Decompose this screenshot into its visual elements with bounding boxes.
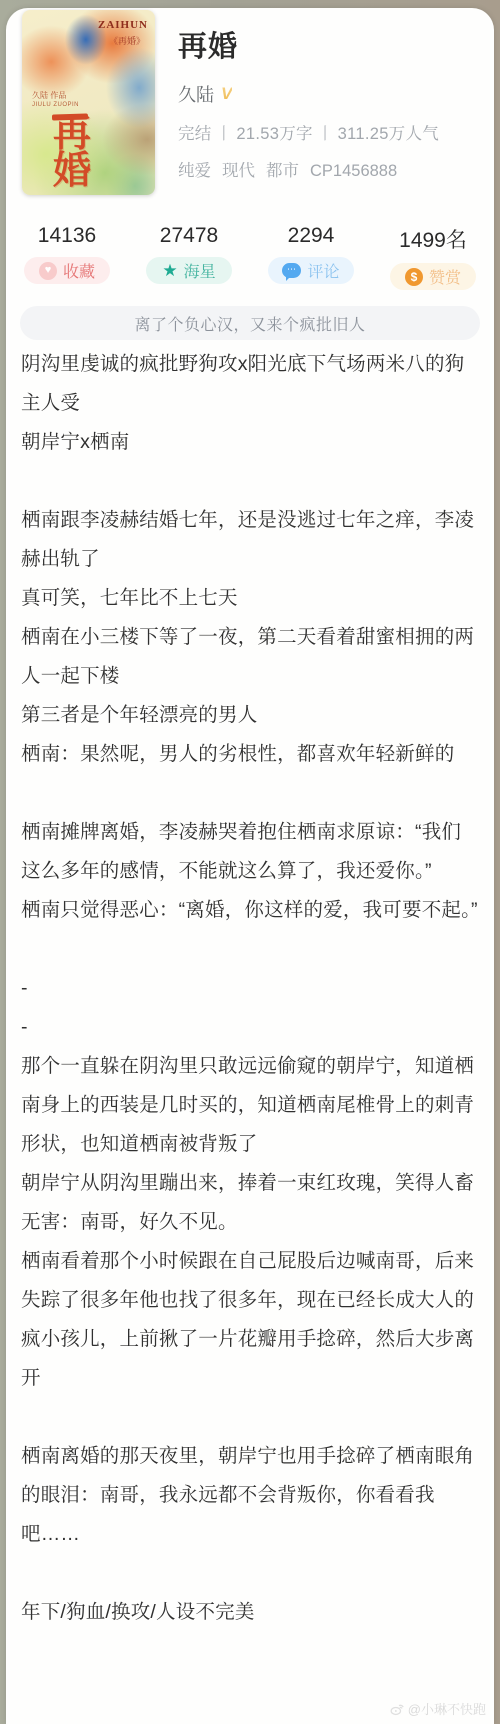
comments-label: 评论 — [307, 259, 339, 282]
description-blank-line — [21, 462, 479, 501]
stat-starfish: 27478 ★ 海星 — [128, 224, 250, 290]
description-blank-line — [21, 774, 479, 813]
cover-author-line: 久陆 作品 — [32, 90, 66, 101]
description-paragraph: 真可笑，七年比不上七天 — [21, 579, 479, 618]
popularity-count: 311.25万人气 — [338, 125, 439, 143]
verified-author-icon: V — [221, 84, 232, 104]
description-paragraph: - — [21, 969, 479, 1008]
description-paragraph: 栖南离婚的那天夜里，朝岸宁也用手捻碎了栖南眼角的眼泪：南哥，我永远都不会背叛你，… — [21, 1437, 479, 1554]
meta-divider: 丨 — [317, 125, 334, 143]
favorite-label: 收藏 — [63, 259, 95, 282]
description: 阴沟里虔诚的疯批野狗攻x阳光底下气场两米八的狗主人受朝岸宁x栖南栖南跟李凌赫结婚… — [6, 345, 494, 1632]
comments-button[interactable]: ⋯ 评论 — [268, 257, 354, 284]
cover-title-bracket: 《再婚》 — [109, 34, 145, 47]
stat-comments: 2294 ⋯ 评论 — [250, 224, 372, 290]
description-paragraph: 朝岸宁从阴沟里蹦出来，捧着一束红玫瑰，笑得人畜无害：南哥，好久不见。 — [21, 1164, 479, 1242]
page-title: 再婚 — [178, 24, 484, 65]
meta-divider: 丨 — [216, 125, 233, 143]
word-count: 21.53万字 — [236, 125, 312, 143]
reward-label: 赞赏 — [429, 265, 461, 288]
description-paragraph: 栖南只觉得恶心：“离婚，你这样的爱，我可要不起。” — [21, 891, 479, 930]
description-paragraph: 那个一直躲在阴沟里只敢远远偷窥的朝岸宁，知道栖南身上的西装是几时买的，知道栖南尾… — [21, 1047, 479, 1164]
description-paragraph: 栖南在小三楼下等了一夜，第二天看着甜蜜相拥的两人一起下楼 — [21, 618, 479, 696]
cover-calligraphy-title: 再婚 — [50, 116, 94, 190]
book-cover[interactable]: ZAIHUN 《再婚》 久陆 作品 JIULU ZUOPIN 再婚 — [22, 10, 155, 195]
tagline-banner: 离了个负心汉，又来个疯批旧人 — [20, 306, 480, 340]
book-detail-card: ZAIHUN 《再婚》 久陆 作品 JIULU ZUOPIN 再婚 再婚 久陆 … — [6, 8, 494, 1724]
starfish-count: 27478 — [160, 224, 218, 248]
watermark-text: @小琳不快跑 — [408, 1699, 486, 1718]
stat-rewards: 1499名 $ 赞赏 — [372, 224, 494, 290]
rewards-count: 1499名 — [399, 224, 467, 254]
description-paragraph: 阴沟里虔诚的疯批野狗攻x阳光底下气场两米八的狗主人受 — [21, 345, 479, 423]
description-paragraph: - — [21, 1008, 479, 1047]
heart-icon: ♥ — [39, 262, 57, 280]
description-blank-line — [21, 1398, 479, 1437]
weibo-icon — [389, 1702, 405, 1716]
book-info: 再婚 久陆 V 完结丨21.53万字丨311.25万人气 纯爱现代都市CP145… — [178, 24, 484, 181]
description-paragraph: 栖南看着那个小时候跟在自己屁股后边喊南哥，后来失踪了很多年他也找了很多年，现在已… — [21, 1242, 479, 1398]
comment-icon: ⋯ — [282, 263, 301, 278]
book-meta: 完结丨21.53万字丨311.25万人气 — [178, 120, 484, 144]
description-paragraph: 朝岸宁x栖南 — [21, 423, 479, 462]
starfish-button[interactable]: ★ 海星 — [146, 257, 232, 284]
status-badge: 完结 — [178, 125, 212, 143]
favorites-count: 14136 — [38, 224, 96, 248]
tag-genre[interactable]: 纯爱 — [178, 162, 211, 180]
book-header: ZAIHUN 《再婚》 久陆 作品 JIULU ZUOPIN 再婚 再婚 久陆 … — [6, 8, 494, 210]
tag-list: 纯爱现代都市CP1456888 — [178, 157, 484, 181]
reward-button[interactable]: $ 赞赏 — [390, 263, 476, 290]
tag-era[interactable]: 现代 — [222, 162, 255, 180]
description-blank-line — [21, 930, 479, 969]
starfish-label: 海星 — [184, 259, 216, 282]
description-paragraph: 栖南跟李凌赫结婚七年，还是没逃过七年之痒，李凌赫出轨了 — [21, 501, 479, 579]
cover-title-pinyin: ZAIHUN — [98, 19, 148, 31]
watermark: @小琳不快跑 — [389, 1699, 486, 1718]
tag-cp-id[interactable]: CP1456888 — [310, 162, 397, 180]
star-icon: ★ — [162, 262, 177, 279]
description-paragraph: 年下/狗血/换攻/人设不完美 — [21, 1593, 479, 1632]
description-paragraph: 栖南：果然呢，男人的劣根性，都喜欢年轻新鲜的 — [21, 735, 479, 774]
author-name[interactable]: 久陆 — [178, 81, 214, 107]
tag-setting[interactable]: 都市 — [266, 162, 299, 180]
stat-favorites: 14136 ♥ 收藏 — [6, 224, 128, 290]
description-blank-line — [21, 1554, 479, 1593]
description-paragraph: 第三者是个年轻漂亮的男人 — [21, 696, 479, 735]
coin-icon: $ — [405, 268, 423, 286]
description-paragraph: 栖南摊牌离婚，李凌赫哭着抱住栖南求原谅：“我们这么多年的感情，不能就这么算了，我… — [21, 813, 479, 891]
favorite-button[interactable]: ♥ 收藏 — [24, 257, 110, 284]
comments-count: 2294 — [288, 224, 335, 248]
stats-row: 14136 ♥ 收藏 27478 ★ 海星 2294 ⋯ 评论 1499名 $ — [6, 224, 494, 290]
cover-author-pinyin: JIULU ZUOPIN — [32, 102, 79, 108]
